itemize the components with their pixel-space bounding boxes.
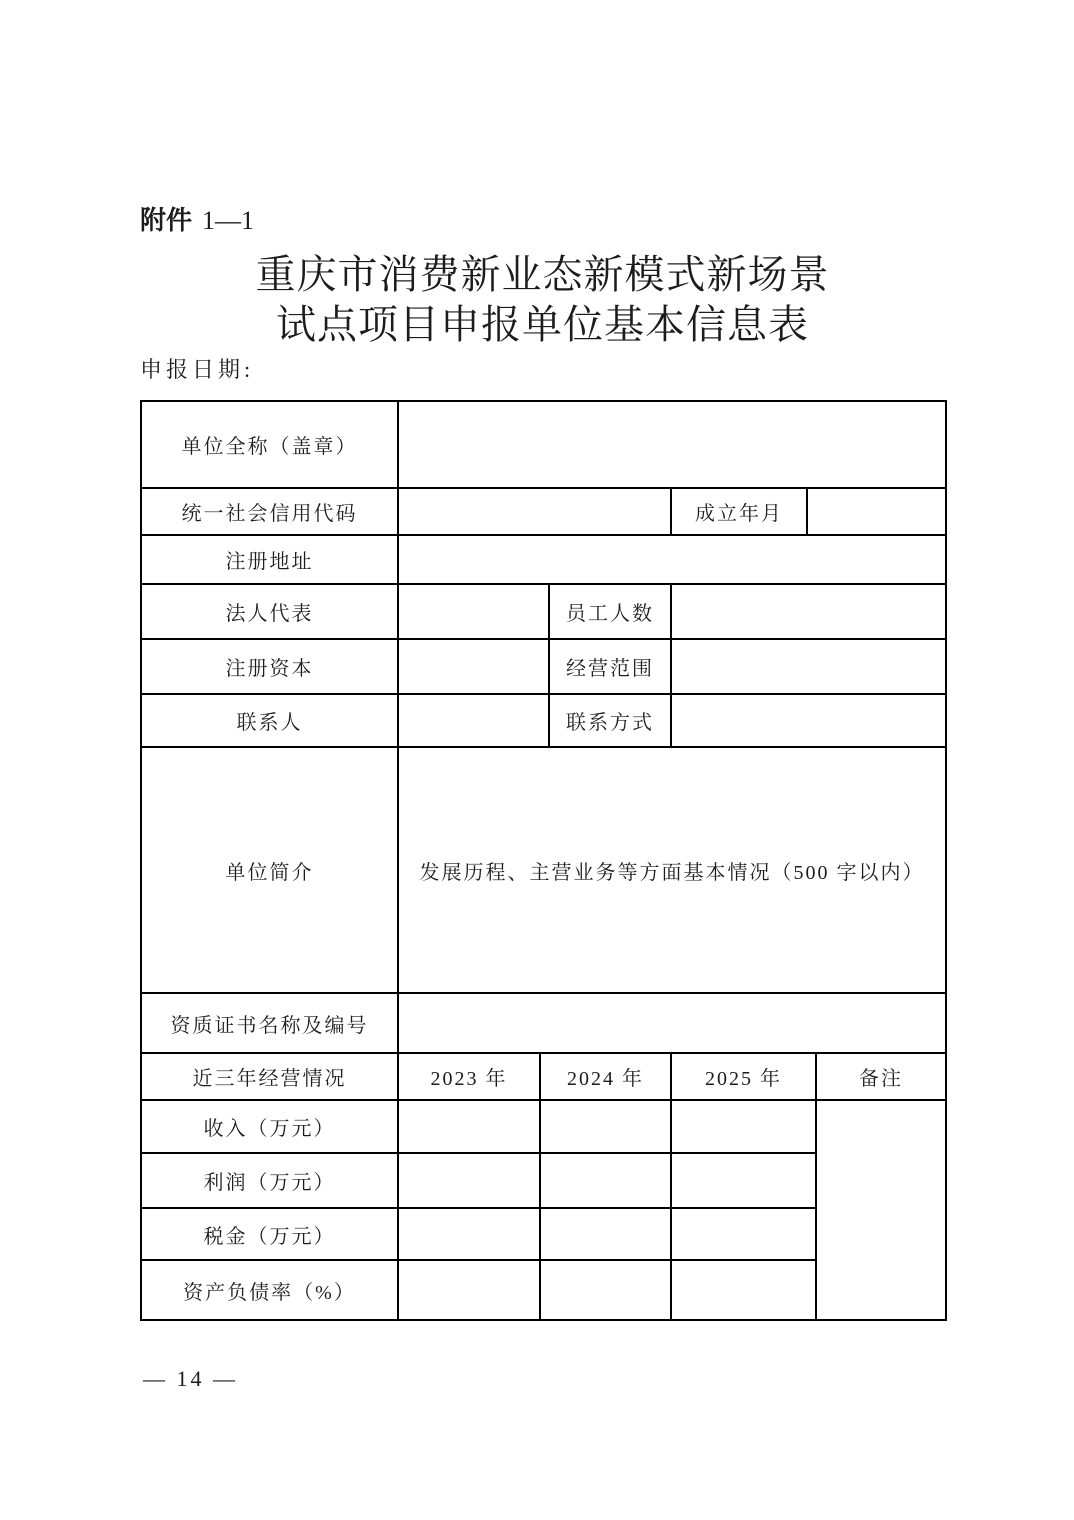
recent-ops-label: 近三年经营情况 — [141, 1053, 398, 1100]
reg-capital-label: 注册资本 — [141, 639, 398, 694]
debt-ratio-2023-input-cell[interactable] — [398, 1260, 540, 1320]
employees-label: 员工人数 — [549, 584, 671, 639]
income-2024-input-cell[interactable] — [540, 1100, 671, 1153]
unit-name-label: 单位全称（盖章） — [141, 401, 398, 488]
tax-2024-input-cell[interactable] — [540, 1208, 671, 1260]
application-date-label: 申报日期: — [140, 357, 945, 383]
remark-input-cell[interactable] — [816, 1100, 946, 1320]
row-income: 收入（万元） — [141, 1100, 946, 1153]
unit-name-input-cell[interactable] — [398, 401, 946, 488]
reg-address-input-cell[interactable] — [398, 535, 946, 584]
contact-info-input-cell[interactable] — [671, 694, 946, 747]
profile-label: 单位简介 — [141, 747, 398, 993]
row-credit-code: 统一社会信用代码 成立年月 — [141, 488, 946, 535]
basic-info-table: 单位全称（盖章） 统一社会信用代码 成立年月 注册地址 法人代表 员工人数 — [140, 400, 947, 1321]
document-title-line1: 重庆市消费新业态新模式新场景 — [140, 250, 945, 300]
debt-ratio-2025-input-cell[interactable] — [671, 1260, 816, 1320]
tax-label: 税金（万元） — [141, 1208, 398, 1260]
row-reg-address: 注册地址 — [141, 535, 946, 584]
profit-2025-input-cell[interactable] — [671, 1153, 816, 1208]
attachment-prefix: 附件 — [140, 205, 192, 235]
document-title: 重庆市消费新业态新模式新场景 试点项目申报单位基本信息表 — [140, 250, 945, 350]
row-contact: 联系人 联系方式 — [141, 694, 946, 747]
row-qualification: 资质证书名称及编号 — [141, 993, 946, 1053]
page-number: — 14 — — [143, 1366, 238, 1392]
profit-label: 利润（万元） — [141, 1153, 398, 1208]
business-scope-input-cell[interactable] — [671, 639, 946, 694]
credit-code-input-cell[interactable] — [398, 488, 671, 535]
contact-person-label: 联系人 — [141, 694, 398, 747]
employees-input-cell[interactable] — [671, 584, 946, 639]
founded-label: 成立年月 — [671, 488, 807, 535]
document-page: 附件1—1 重庆市消费新业态新模式新场景 试点项目申报单位基本信息表 申报日期:… — [0, 0, 1074, 1520]
contact-person-input-cell[interactable] — [398, 694, 549, 747]
row-legal-rep: 法人代表 员工人数 — [141, 584, 946, 639]
attachment-label: 附件1—1 — [140, 203, 945, 238]
tax-2025-input-cell[interactable] — [671, 1208, 816, 1260]
remark-header: 备注 — [816, 1053, 946, 1100]
row-reg-capital: 注册资本 经营范围 — [141, 639, 946, 694]
income-2025-input-cell[interactable] — [671, 1100, 816, 1153]
legal-rep-input-cell[interactable] — [398, 584, 549, 639]
attachment-number: 1—1 — [202, 206, 254, 235]
founded-input-cell[interactable] — [807, 488, 946, 535]
business-scope-label: 经营范围 — [549, 639, 671, 694]
row-profile: 单位简介 发展历程、主营业务等方面基本情况（500 字以内） — [141, 747, 946, 993]
qualification-label: 资质证书名称及编号 — [141, 993, 398, 1053]
year-2024-header: 2024 年 — [540, 1053, 671, 1100]
tax-2023-input-cell[interactable] — [398, 1208, 540, 1260]
year-2023-header: 2023 年 — [398, 1053, 540, 1100]
profile-input-cell[interactable]: 发展历程、主营业务等方面基本情况（500 字以内） — [398, 747, 946, 993]
income-2023-input-cell[interactable] — [398, 1100, 540, 1153]
reg-capital-input-cell[interactable] — [398, 639, 549, 694]
reg-address-label: 注册地址 — [141, 535, 398, 584]
qualification-input-cell[interactable] — [398, 993, 946, 1053]
row-recent-ops-header: 近三年经营情况 2023 年 2024 年 2025 年 备注 — [141, 1053, 946, 1100]
year-2025-header: 2025 年 — [671, 1053, 816, 1100]
contact-info-label: 联系方式 — [549, 694, 671, 747]
credit-code-label: 统一社会信用代码 — [141, 488, 398, 535]
debt-ratio-2024-input-cell[interactable] — [540, 1260, 671, 1320]
row-unit-name: 单位全称（盖章） — [141, 401, 946, 488]
legal-rep-label: 法人代表 — [141, 584, 398, 639]
profit-2024-input-cell[interactable] — [540, 1153, 671, 1208]
document-title-line2: 试点项目申报单位基本信息表 — [140, 300, 945, 350]
profit-2023-input-cell[interactable] — [398, 1153, 540, 1208]
document-content: 附件1—1 重庆市消费新业态新模式新场景 试点项目申报单位基本信息表 申报日期:… — [140, 203, 945, 1321]
income-label: 收入（万元） — [141, 1100, 398, 1153]
debt-ratio-label: 资产负债率（%） — [141, 1260, 398, 1320]
